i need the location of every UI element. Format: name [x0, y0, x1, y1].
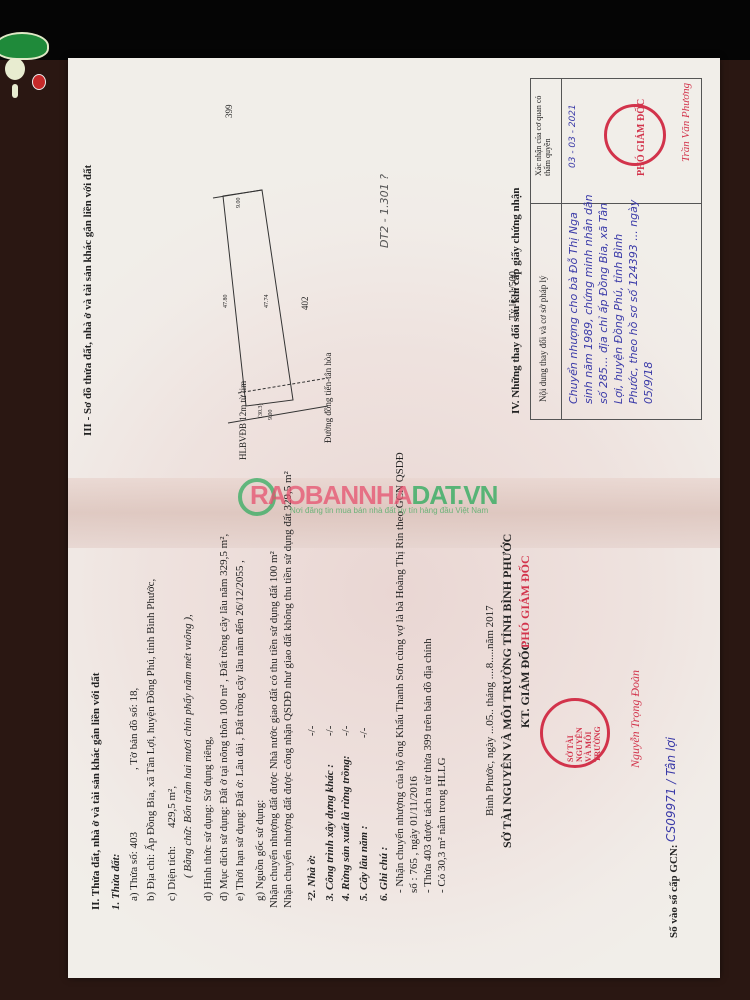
signer-role: KT. GIÁM ĐỐC — [518, 642, 533, 728]
parcel-address: b) Địa chỉ: Ấp Đồng Bia, xã Tân Lợi, huy… — [145, 579, 157, 901]
forest-label: 4. Rừng sản xuất là rừng trồng: — [340, 755, 352, 901]
land-certificate-page: II. Thửa đất, nhà ở và tài sản khác gắn … — [68, 58, 720, 978]
handwritten-note: DT2 - 1.301 ? — [378, 174, 391, 248]
book-number-label: Số vào sổ cấp GCN: — [668, 844, 680, 938]
road-name: Đường đồng tiến-tân hòa — [323, 353, 333, 443]
note-2: - Thửa 403 được tách ra từ thửa 399 trên… — [422, 638, 434, 893]
parcel-402-label: 402 — [300, 297, 310, 311]
note-3: - Có 30,3 m² nằm trong HLLG — [436, 757, 448, 893]
section4-title: IV. Những thay đổi sau khi cấp giấy chứn… — [510, 188, 522, 414]
section2-title: II. Thửa đất, nhà ở và tài sản khác gắn … — [90, 673, 102, 910]
signer-role-2: PHÓ GIÁM ĐỐC — [518, 555, 533, 648]
col-header-content: Nội dung thay đổi và cơ sở pháp lý — [538, 275, 548, 402]
area-value: 429,5 m², — [166, 786, 178, 828]
dim-top: 9.00 — [236, 198, 242, 209]
change-role: PHÓ GIÁM ĐỐC — [636, 99, 647, 176]
map-sheet: , Tờ bản đồ số: 18, — [128, 688, 140, 770]
dim-right: 47.74 — [264, 295, 270, 309]
book-number-value: CS09971 / Tân lợi — [664, 737, 678, 842]
usage-purpose: đ) Mục đích sử dụng: Đất ở tại nông thôn… — [218, 534, 230, 901]
house-label: ²2. Nhà ở: — [306, 855, 318, 901]
origin-line1: Nhận chuyển nhượng đất được Nhà nước gia… — [268, 551, 280, 908]
issuing-org: SỞ TÀI NGUYÊN VÀ MÔI TRƯỜNG TỈNH BÌNH PH… — [500, 534, 515, 848]
forest-value: -/- — [340, 726, 352, 736]
change-signer: Trần Văn Phương — [680, 83, 692, 162]
usage-term: e) Thời hạn sử dụng: Đất ở: Lâu dài , Đấ… — [234, 560, 246, 901]
official-stamp-2 — [604, 104, 666, 166]
issue-date: Bình Phước, ngày ...05.. tháng ....8....… — [484, 605, 496, 816]
parcel-diagram — [188, 138, 408, 438]
change-entry: Chuyển nhượng cho bà Đỗ Thị Nga sinh năm… — [566, 194, 656, 404]
usage-form: d) Hình thức sử dụng: Sử dụng riêng, — [202, 736, 214, 901]
official-stamp: SỞ TÀI NGUYÊN VÀ MÔI TRƯỜNG — [540, 698, 610, 768]
note-1: - Nhận chuyển nhượng của hộ ông Khẩu Tha… — [394, 452, 406, 893]
note-1b: số : 765 , ngày 01/11/2016 — [408, 776, 420, 893]
change-date: 03 - 03 - 2021 — [568, 104, 578, 168]
area-label: c) Diện tích: — [166, 846, 178, 901]
area-words: ( Bằng chữ: Bốn trăm hai mươi chín phẩy … — [182, 614, 194, 878]
dim-inner: (30.3) — [258, 404, 264, 419]
origin-line2: Nhận chuyển nhượng đất được công nhận QS… — [282, 471, 294, 908]
notes-label: 6. Ghi chú : — [378, 847, 390, 901]
watermark-tagline: Nơi đăng tin mua bán nhà đất uy tín hàng… — [290, 506, 488, 515]
section3-title: III - Sơ đồ thửa đất, nhà ở và tài sản k… — [82, 165, 94, 436]
other-construction-value: -/- — [324, 726, 336, 736]
usage-origin: g) Nguồn gốc sử dụng: — [254, 800, 266, 901]
mascot-decoration — [0, 30, 55, 110]
perennial-value: -/- — [358, 728, 370, 738]
parcel-399-label: 399 — [224, 105, 234, 119]
other-construction-label: 3. Công trình xây dựng khác : — [324, 764, 336, 901]
parcel-number: a) Thửa số: 403 — [128, 832, 140, 901]
dim-bottom: 9.00 — [268, 410, 274, 421]
dim-left: 47.80 — [223, 295, 229, 309]
signer-name: Nguyễn Trọng Đoàn — [628, 670, 643, 768]
col-header-confirm: Xác nhận của cơ quan có thẩm quyền — [534, 86, 552, 176]
section2-sub1: 1. Thửa đất: — [110, 854, 122, 910]
road-corridor-label: HLBVĐB 12m từ tim — [238, 381, 248, 460]
perennial-label: 5. Cây lâu năm : — [358, 826, 370, 901]
house-value: -/- — [306, 726, 318, 736]
background-top — [0, 0, 750, 60]
